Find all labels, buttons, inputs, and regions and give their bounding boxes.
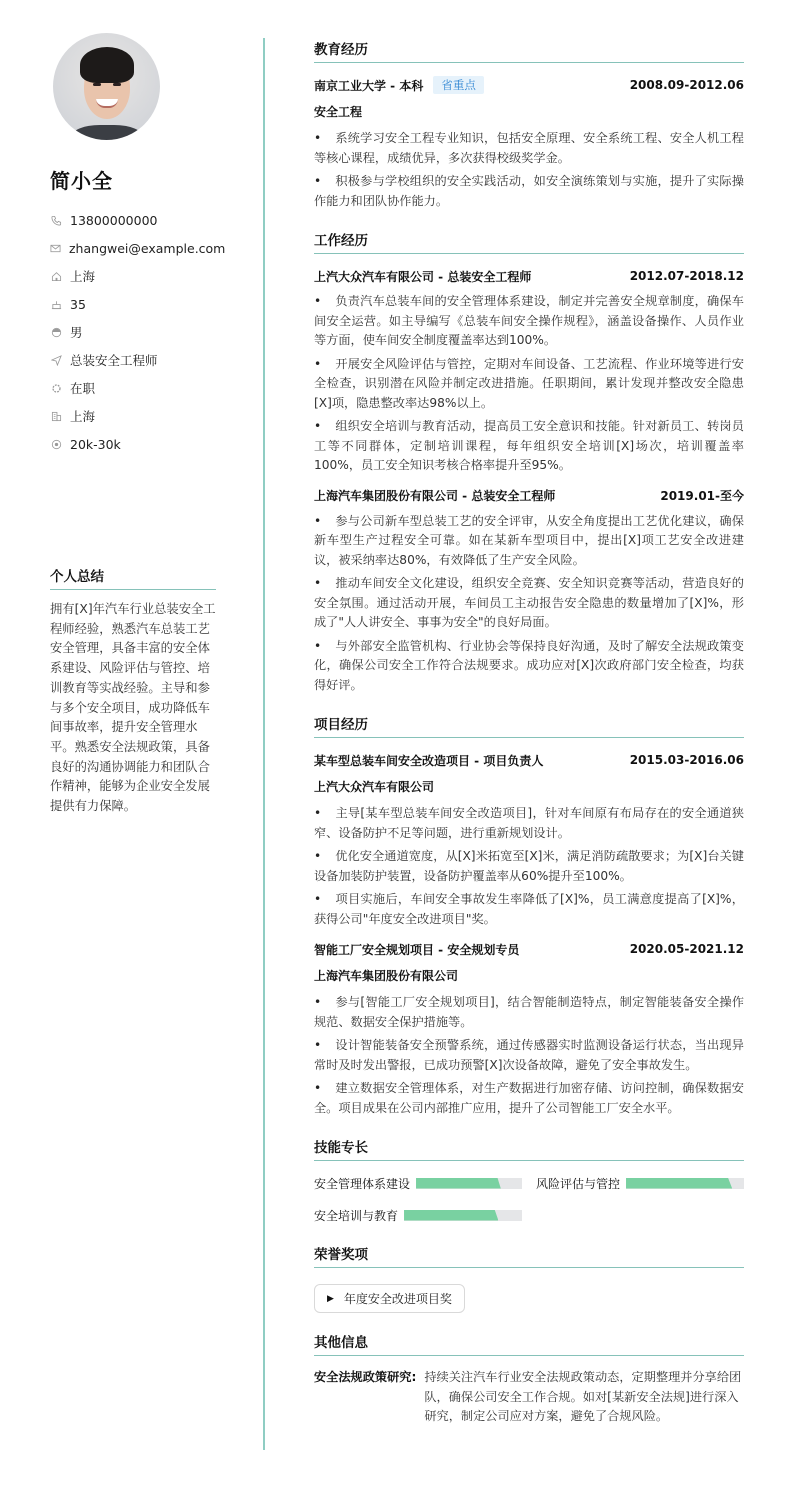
major: 安全工程: [314, 103, 744, 123]
info-phone: 13800000000: [50, 206, 216, 234]
project-company: 上汽大众汽车有限公司: [314, 778, 744, 798]
list-item: 组织安全培训与教育活动，提高员工安全意识和技能。针对新员工、转岗员工等不同群体，…: [314, 417, 744, 476]
contact-info-list: 13800000000 zhangwei@example.com 上海 35 男…: [50, 206, 216, 458]
education-header: 南京工业大学 - 本科 省重点 2008.09-2012.06: [314, 75, 744, 95]
list-item: 主导[某车型总装车间安全改造项目]，针对车间原有布局存在的安全通道狭窄、设备防护…: [314, 804, 744, 843]
projects-title: 项目经历: [314, 713, 744, 738]
list-item: 系统学习安全工程专业知识，包括安全原理、安全系统工程、安全人机工程等核心课程，成…: [314, 129, 744, 168]
education-section: 教育经历 南京工业大学 - 本科 省重点 2008.09-2012.06 安全工…: [314, 38, 744, 211]
work-date: 2019.01-至今: [660, 487, 744, 504]
work-title: 工作经历: [314, 229, 744, 254]
info-city: 上海: [50, 402, 216, 430]
send-icon: [50, 354, 62, 366]
summary-title: 个人总结: [50, 565, 216, 590]
awards-section: 荣誉奖项 ▶ 年度安全改进项目奖: [314, 1243, 744, 1313]
list-item: 参与公司新车型总装工艺的安全评审，从安全角度提出工艺优化建议，确保新车型生产过程…: [314, 512, 744, 571]
list-item: 建立数据安全管理体系，对生产数据进行加密存储、访问控制，确保数据安全。项目成果在…: [314, 1079, 744, 1118]
skill-bar: [626, 1178, 744, 1189]
list-item: 负责汽车总装车间的安全管理体系建设，制定并完善安全规章制度，确保车间安全运营。如…: [314, 292, 744, 351]
other-title: 其他信息: [314, 1331, 744, 1356]
work-entry: 上汽大众汽车有限公司 - 总装安全工程师 2012.07-2018.12 负责汽…: [314, 266, 744, 476]
skill-bar: [404, 1210, 522, 1221]
column-divider: [263, 38, 265, 1450]
cake-icon: [50, 298, 62, 310]
list-item: 优化安全通道宽度，从[X]米拓宽至[X]米，满足消防疏散要求；为[X]台关键设备…: [314, 847, 744, 886]
sidebar: 简小全 13800000000 zhangwei@example.com 上海 …: [50, 33, 216, 458]
main-content: 教育经历 南京工业大学 - 本科 省重点 2008.09-2012.06 安全工…: [314, 38, 744, 1445]
skills-section: 技能专长 安全管理体系建设 风险评估与管控 安全培训与教育: [314, 1136, 744, 1225]
project-entry: 智能工厂安全规划项目 - 安全规划专员 2020.05-2021.12 上海汽车…: [314, 939, 744, 1118]
work-date: 2012.07-2018.12: [630, 269, 744, 283]
awards-title: 荣誉奖项: [314, 1243, 744, 1268]
list-item: 推动车间安全文化建设，组织安全竞赛、安全知识竞赛等活动，营造良好的安全氛围。通过…: [314, 574, 744, 633]
play-triangle-icon: ▶: [327, 1294, 334, 1304]
salary-icon: [50, 438, 62, 450]
info-salary: 20k-30k: [50, 430, 216, 458]
education-title: 教育经历: [314, 38, 744, 63]
project-date: 2020.05-2021.12: [630, 942, 744, 956]
project-head: 智能工厂安全规划项目 - 安全规划专员: [314, 941, 519, 958]
project-date: 2015.03-2016.06: [630, 753, 744, 767]
info-gender: 男: [50, 318, 216, 346]
gender-icon: [50, 326, 62, 338]
award-item-button[interactable]: ▶ 年度安全改进项目奖: [314, 1284, 465, 1313]
info-status: 在职: [50, 374, 216, 402]
work-head: 上汽大众汽车有限公司 - 总装安全工程师: [314, 268, 531, 285]
work-head: 上海汽车集团股份有限公司 - 总装安全工程师: [314, 487, 555, 504]
info-email: zhangwei@example.com: [50, 234, 216, 262]
education-bullets: 系统学习安全工程专业知识，包括安全原理、安全系统工程、安全人机工程等核心课程，成…: [314, 129, 744, 211]
status-icon: [50, 382, 62, 394]
info-age: 35: [50, 290, 216, 318]
avatar: [53, 33, 160, 140]
work-section: 工作经历 上汽大众汽车有限公司 - 总装安全工程师 2012.07-2018.1…: [314, 229, 744, 695]
work-entry: 上海汽车集团股份有限公司 - 总装安全工程师 2019.01-至今 参与公司新车…: [314, 486, 744, 696]
mail-icon: [50, 242, 61, 254]
skill-bar: [416, 1178, 522, 1189]
school-name: 南京工业大学 - 本科: [314, 77, 423, 94]
skills-title: 技能专长: [314, 1136, 744, 1161]
info-position: 总装安全工程师: [50, 346, 216, 374]
skills-list: 安全管理体系建设 风险评估与管控 安全培训与教育: [314, 1173, 744, 1225]
resume-page: 简小全 13800000000 zhangwei@example.com 上海 …: [0, 0, 794, 1490]
list-item: 设计智能装备安全预警系统，通过传感器实时监测设备运行状态，当出现异常时及时发出警…: [314, 1036, 744, 1075]
building-icon: [50, 410, 62, 422]
projects-section: 项目经历 某车型总装车间安全改造项目 - 项目负责人 2015.03-2016.…: [314, 713, 744, 1118]
education-date: 2008.09-2012.06: [630, 78, 744, 92]
project-entry: 某车型总装车间安全改造项目 - 项目负责人 2015.03-2016.06 上汽…: [314, 750, 744, 929]
phone-icon: [50, 214, 62, 226]
skill-item: 风险评估与管控: [536, 1173, 744, 1193]
home-icon: [50, 270, 62, 282]
other-section: 其他信息 安全法规政策研究: 持续关注汽车行业安全法规政策动态，定期整理并分享给…: [314, 1331, 744, 1427]
candidate-name: 简小全: [50, 165, 216, 194]
school-tag: 省重点: [433, 76, 484, 94]
list-item: 与外部安全监管机构、行业协会等保持良好沟通，及时了解安全法规政策变化，确保公司安…: [314, 637, 744, 696]
other-item: 安全法规政策研究: 持续关注汽车行业安全法规政策动态，定期整理并分享给团队，确保…: [314, 1368, 744, 1427]
skill-item: 安全培训与教育: [314, 1205, 522, 1225]
project-company: 上海汽车集团股份有限公司: [314, 967, 744, 987]
list-item: 项目实施后，车间安全事故发生率降低了[X]%，员工满意度提高了[X]%，获得公司…: [314, 890, 744, 929]
summary-text: 拥有[X]年汽车行业总装安全工程师经验，熟悉汽车总装工艺安全管理，具备丰富的安全…: [50, 600, 216, 817]
project-head: 某车型总装车间安全改造项目 - 项目负责人: [314, 752, 543, 769]
list-item: 积极参与学校组织的安全实践活动，如安全演练策划与实施，提升了实际操作能力和团队协…: [314, 172, 744, 211]
list-item: 开展安全风险评估与管控，定期对车间设备、工艺流程、作业环境等进行安全检查，识别潜…: [314, 355, 744, 414]
skill-item: 安全管理体系建设: [314, 1173, 522, 1193]
info-location: 上海: [50, 262, 216, 290]
list-item: 参与[智能工厂安全规划项目]，结合智能制造特点，制定智能装备安全操作规范、数据安…: [314, 993, 744, 1032]
